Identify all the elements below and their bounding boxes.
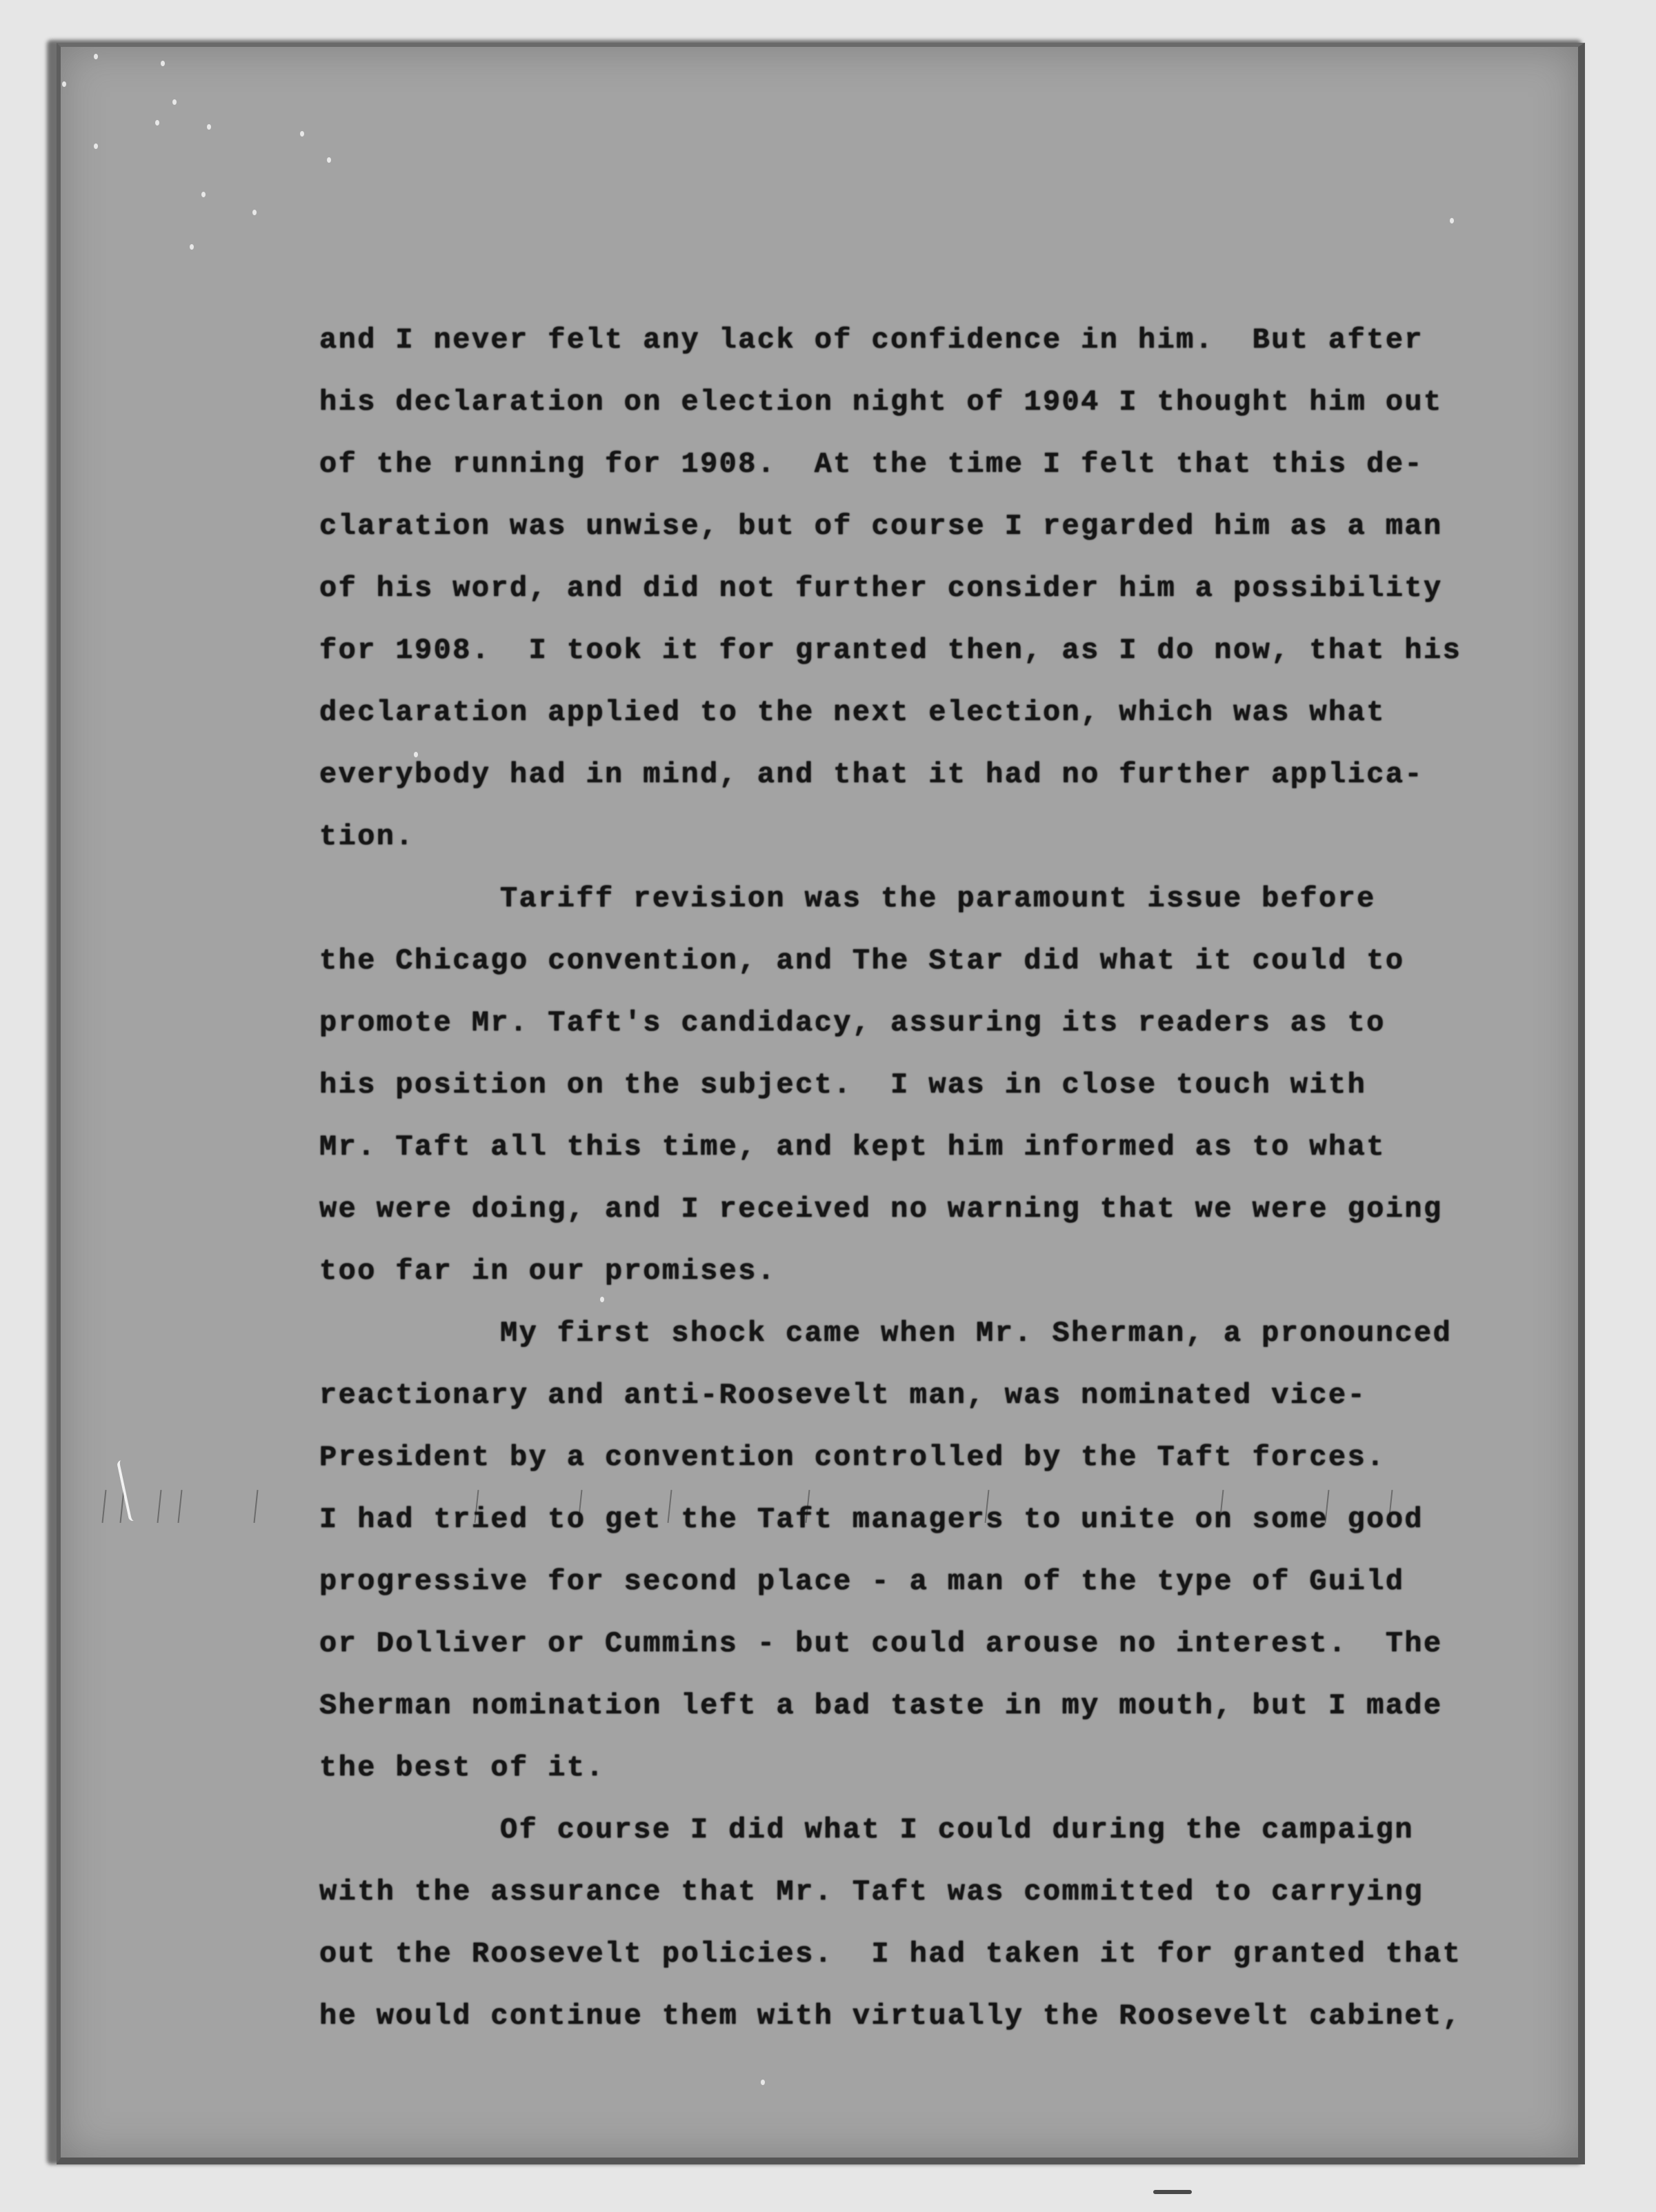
text-line: his declaration on election night of 190… xyxy=(319,371,1492,433)
dust-speck xyxy=(327,157,331,163)
dust-speck xyxy=(172,99,177,105)
pencil-tick xyxy=(157,1490,161,1523)
text-line: promote Mr. Taft's candidacy, assuring i… xyxy=(319,992,1492,1054)
text-line: reactionary and anti-Roosevelt man, was … xyxy=(319,1364,1492,1426)
text-line: President by a convention controlled by … xyxy=(319,1426,1492,1488)
text-line: progressive for second place - a man of … xyxy=(319,1551,1492,1613)
text-line: Of course I did what I could during the … xyxy=(319,1799,1492,1861)
handwritten-underline-mark xyxy=(1153,2190,1192,2194)
text-line: with the assurance that Mr. Taft was com… xyxy=(319,1861,1492,1923)
text-line: for 1908. I took it for granted then, as… xyxy=(319,619,1492,681)
paragraph-2: Tariff revision was the paramount issue … xyxy=(319,868,1492,1302)
text-line: My first shock came when Mr. Sherman, a … xyxy=(319,1302,1492,1364)
dust-speck xyxy=(300,131,304,137)
text-line: claration was unwise, but of course I re… xyxy=(319,495,1492,557)
pencil-tick xyxy=(253,1490,258,1523)
dust-speck xyxy=(252,210,257,215)
text-line: declaration applied to the next election… xyxy=(319,681,1492,744)
dust-speck xyxy=(94,143,98,149)
dust-speck xyxy=(94,54,98,59)
text-line: the best of it. xyxy=(319,1737,1492,1799)
text-line: Sherman nomination left a bad taste in m… xyxy=(319,1675,1492,1737)
text-line: of the running for 1908. At the time I f… xyxy=(319,433,1492,495)
text-line: out the Roosevelt policies. I had taken … xyxy=(319,1923,1492,1985)
text-line: too far in our promises. xyxy=(319,1240,1492,1302)
dust-speck xyxy=(201,192,206,197)
text-line: the Chicago convention, and The Star did… xyxy=(319,930,1492,992)
dust-speck xyxy=(190,244,194,250)
dust-speck xyxy=(207,124,211,130)
text-line: Tariff revision was the paramount issue … xyxy=(319,868,1492,930)
pencil-tick xyxy=(177,1490,182,1523)
paragraph-4: Of course I did what I could during the … xyxy=(319,1799,1492,2047)
dust-speck xyxy=(155,120,159,126)
paragraph-1: and I never felt any lack of confidence … xyxy=(319,309,1492,868)
text-line: everybody had in mind, and that it had n… xyxy=(319,744,1492,806)
text-line: tion. xyxy=(319,806,1492,868)
text-line: of his word, and did not further conside… xyxy=(319,557,1492,619)
text-line: Mr. Taft all this time, and kept him inf… xyxy=(319,1116,1492,1178)
dust-speck xyxy=(761,2080,765,2085)
text-line: he would continue them with virtually th… xyxy=(319,1985,1492,2047)
typewritten-text: and I never felt any lack of confidence … xyxy=(319,309,1492,2047)
text-line: and I never felt any lack of confidence … xyxy=(319,309,1492,371)
text-line: I had tried to get the Taft managers to … xyxy=(319,1488,1492,1551)
text-line: his position on the subject. I was in cl… xyxy=(319,1054,1492,1116)
text-line: we were doing, and I received no warning… xyxy=(319,1178,1492,1240)
dust-speck xyxy=(1450,218,1454,223)
paragraph-3: My first shock came when Mr. Sherman, a … xyxy=(319,1302,1492,1799)
text-line: or Dolliver or Cummins - but could arous… xyxy=(319,1613,1492,1675)
dust-speck xyxy=(161,61,165,66)
dust-speck xyxy=(62,81,66,87)
